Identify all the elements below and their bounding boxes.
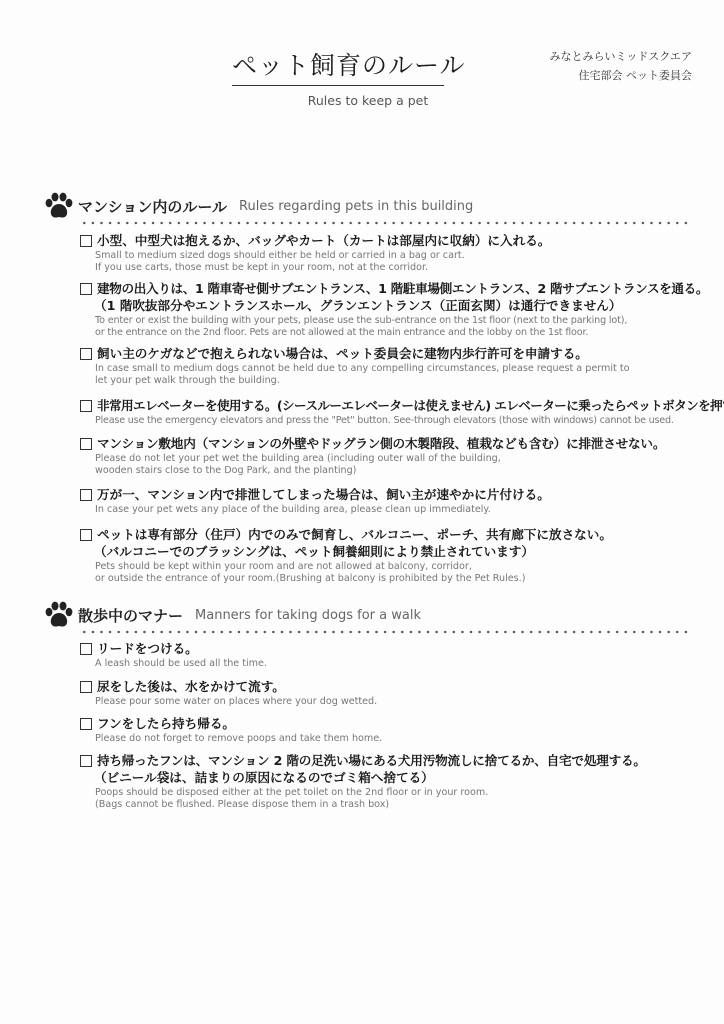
rule-text-en: In case small to medium dogs cannot be h…	[80, 363, 705, 387]
rule-note-jp: （1 階吹抜部分やエントランスホール、グランエントランス（正面玄関）は通行できま…	[80, 297, 705, 314]
rule-text-jp: フンをしたら持ち帰る。	[97, 715, 235, 732]
checkbox[interactable]	[80, 529, 92, 541]
rule-text-jp: 飼い主のケガなどで抱えられない場合は、ペット委員会に建物内歩行許可を申請する。	[97, 345, 588, 362]
rule-text-jp: 万が一、マンション内で排泄してしまった場合は、飼い主が速やかに片付ける。	[97, 486, 550, 503]
rule-text-en: A leash should be used all the time.	[80, 658, 705, 670]
checkbox[interactable]	[80, 283, 92, 295]
rule-item: 建物の出入りは、1 階車寄せ側サブエントランス、1 階駐車場側エントランス、2 …	[80, 280, 705, 339]
document-title-en: Rules to keep a pet	[232, 93, 444, 108]
checkbox[interactable]	[80, 235, 92, 247]
rule-text-jp: 小型、中型犬は抱えるか、バッグやカート（カートは部屋内に収納）に入れる。	[97, 232, 550, 249]
section-header-walk-manners: 散歩中のマナー Manners for taking dogs for a wa…	[44, 602, 688, 634]
rule-text-jp: マンション敷地内（マンションの外壁やドッグラン側の木製階段、植栽なども含む）に排…	[97, 435, 665, 452]
rule-item: リードをつける。 A leash should be used all the …	[80, 640, 705, 670]
rule-text-en: Please use the emergency elevators and p…	[80, 415, 705, 427]
rule-text-en: In case your pet wets any place of the b…	[80, 504, 705, 516]
rule-text-jp: 非常用エレベーターを使用する。(シースルーエレベーターは使えません) エレベータ…	[97, 397, 724, 414]
rule-text-jp: 持ち帰ったフンは、マンション 2 階の足洗い場にある犬用汚物流しに捨てるか、自宅…	[97, 752, 646, 769]
paw-icon	[44, 192, 74, 220]
section-title-jp: マンション内のルール	[78, 196, 227, 217]
rule-text-en: Small to medium sized dogs should either…	[80, 250, 705, 274]
rule-note-jp: （ビニール袋は、詰まりの原因になるのでゴミ箱へ捨てる）	[80, 769, 705, 786]
section-title-en: Rules regarding pets in this building	[239, 199, 473, 214]
rule-text-jp: ペットは専有部分（住戸）内でのみで飼育し、バルコニー、ポーチ、共有廊下に放さない…	[97, 526, 612, 543]
checkbox[interactable]	[80, 489, 92, 501]
checkbox[interactable]	[80, 643, 92, 655]
rule-item: 万が一、マンション内で排泄してしまった場合は、飼い主が速やかに片付ける。 In …	[80, 486, 705, 516]
rule-text-en: Pets should be kept within your room and…	[80, 561, 705, 585]
organization-name: みなとみらいミッドスクエア	[550, 47, 692, 66]
rule-text-en: Please do not let your pet wet the build…	[80, 453, 705, 477]
rule-item: 小型、中型犬は抱えるか、バッグやカート（カートは部屋内に収納）に入れる。 Sma…	[80, 232, 705, 274]
rule-item: 非常用エレベーターを使用する。(シースルーエレベーターは使えません) エレベータ…	[80, 397, 705, 427]
rule-item: 飼い主のケガなどで抱えられない場合は、ペット委員会に建物内歩行許可を申請する。 …	[80, 345, 705, 387]
rule-item: フンをしたら持ち帰る。 Please do not forget to remo…	[80, 715, 705, 745]
rule-text-en: Poops should be disposed either at the p…	[80, 787, 705, 811]
section-title-jp: 散歩中のマナー	[78, 605, 183, 626]
checkbox[interactable]	[80, 718, 92, 730]
rule-item: 尿をした後は、水をかけて流す。 Please pour some water o…	[80, 678, 705, 708]
rule-item: 持ち帰ったフンは、マンション 2 階の足洗い場にある犬用汚物流しに捨てるか、自宅…	[80, 752, 705, 811]
checkbox[interactable]	[80, 438, 92, 450]
checkbox[interactable]	[80, 348, 92, 360]
dotted-divider	[80, 221, 688, 225]
rule-note-jp: （バルコニーでのブラッシングは、ペット飼養細則により禁止されています）	[80, 543, 705, 560]
checkbox[interactable]	[80, 755, 92, 767]
checkbox[interactable]	[80, 400, 92, 412]
section-title-en: Manners for taking dogs for a walk	[195, 608, 421, 623]
rule-text-jp: 尿をした後は、水をかけて流す。	[97, 678, 285, 695]
checkbox[interactable]	[80, 681, 92, 693]
rule-text-en: Please do not forget to remove poops and…	[80, 733, 705, 745]
rule-text-en: To enter or exist the building with your…	[80, 315, 705, 339]
document-title-jp: ペット飼育のルール	[232, 46, 444, 86]
rule-text-jp: 建物の出入りは、1 階車寄せ側サブエントランス、1 階駐車場側エントランス、2 …	[97, 280, 708, 297]
section-header-building-rules: マンション内のルール Rules regarding pets in this …	[44, 193, 688, 225]
rule-text-en: Please pour some water on places where y…	[80, 696, 705, 708]
rule-item: ペットは専有部分（住戸）内でのみで飼育し、バルコニー、ポーチ、共有廊下に放さない…	[80, 526, 705, 585]
dotted-divider	[80, 630, 688, 634]
committee-name: 住宅部会 ペット委員会	[550, 66, 692, 85]
document-title-block: ペット飼育のルール Rules to keep a pet	[232, 46, 444, 108]
paw-icon	[44, 601, 74, 629]
organization-block: みなとみらいミッドスクエア 住宅部会 ペット委員会	[550, 47, 692, 85]
rule-item: マンション敷地内（マンションの外壁やドッグラン側の木製階段、植栽なども含む）に排…	[80, 435, 705, 477]
rule-text-jp: リードをつける。	[97, 640, 198, 657]
